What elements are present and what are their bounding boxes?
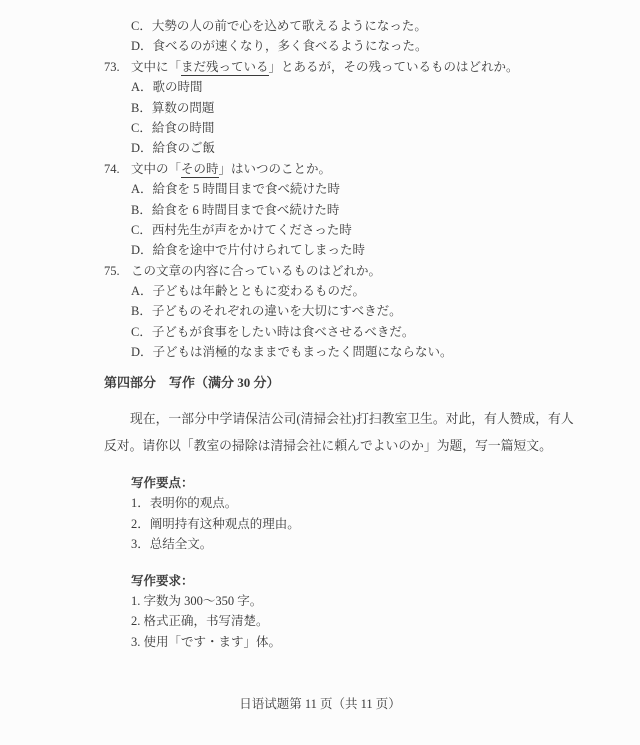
writing-section-heading: 第四部分 写作（满分 30 分） — [104, 373, 602, 393]
stem-text: この文章の内容に合っているものはどれか。 — [131, 264, 381, 278]
question-option: A．子どもは年齢とともに変わるものだ。 — [104, 281, 602, 301]
question-stem: 75.この文章の内容に合っているものはどれか。 — [104, 261, 602, 281]
question-option: A．歌の時間 — [104, 77, 602, 97]
stem-text: 文中に「 — [131, 60, 181, 74]
question-option: B．子どものそれぞれの違いを大切にすべきだ。 — [104, 301, 602, 321]
writing-points-heading: 写作要点： — [131, 473, 602, 493]
question-option: B．算数の問題 — [104, 98, 602, 118]
writing-requirements-list: 1. 字数为 300～350 字。2. 格式正确，书写清楚。3. 使用「です・ま… — [104, 591, 602, 652]
carryover-option-line: D．食べるのが速くなり，多く食べるようになった。 — [104, 36, 602, 56]
question-option: D．子どもは消極的なままでもまったく問題にならない。 — [104, 342, 602, 362]
question-option: D．給食を途中で片付けられてしまった時 — [104, 240, 602, 260]
writing-point-item: 1．表明你的观点。 — [131, 493, 602, 513]
question-number: 74. — [104, 159, 131, 179]
page-footer: 日语试题第 11 页（共 11 页） — [0, 694, 640, 714]
question-block-73: 73.文中に「まだ残っている」とあるが，その残っているものはどれか。A．歌の時間… — [104, 57, 602, 159]
writing-requirements-heading: 写作要求： — [131, 571, 602, 591]
question-number: 75. — [104, 261, 131, 281]
question-stem: 73.文中に「まだ残っている」とあるが，その残っているものはどれか。 — [104, 57, 602, 77]
writing-points-list: 1．表明你的观点。2．阐明持有这种观点的理由。3．总结全文。 — [104, 493, 602, 554]
question-option: A．給食を 5 時間目まで食べ続けた時 — [104, 179, 602, 199]
underlined-phrase: その時 — [181, 162, 219, 178]
question-option: B．給食を 6 時間目まで食べ続けた時 — [104, 200, 602, 220]
writing-task-line-1: 现在，一部分中学请保洁公司(清掃会社)打扫教室卫生。对此，有人赞成，有人 — [104, 406, 602, 433]
stem-text: 」とあるが，その残っているものはどれか。 — [269, 60, 519, 74]
question-stem: 74.文中の「その時」はいつのことか。 — [104, 159, 602, 179]
stem-text: 」はいつのことか。 — [219, 162, 332, 176]
question-option: C．給食の時間 — [104, 118, 602, 138]
question-number: 73. — [104, 57, 131, 77]
carryover-options: C．大勢の人の前で心を込めて歌えるようになった。D．食べるのが速くなり，多く食べ… — [104, 16, 602, 57]
question-option: C．西村先生が声をかけてくださった時 — [104, 220, 602, 240]
question-option: C．子どもが食事をしたい時は食べさせるべきだ。 — [104, 322, 602, 342]
question-block-74: 74.文中の「その時」はいつのことか。A．給食を 5 時間目まで食べ続けた時B．… — [104, 159, 602, 261]
question-block-75: 75.この文章の内容に合っているものはどれか。A．子どもは年齢とともに変わるもの… — [104, 261, 602, 363]
exam-page: C．大勢の人の前で心を込めて歌えるようになった。D．食べるのが速くなり，多く食べ… — [0, 0, 640, 745]
underlined-phrase: まだ残っている — [181, 60, 269, 76]
carryover-option-line: C．大勢の人の前で心を込めて歌えるようになった。 — [104, 16, 602, 36]
writing-task-line-2: 反对。请你以「教室の掃除は清掃会社に頼んでよいのか」为题，写一篇短文。 — [104, 433, 602, 460]
writing-requirement-item: 2. 格式正确，书写清楚。 — [131, 611, 602, 631]
page-content: C．大勢の人の前で心を込めて歌えるようになった。D．食べるのが速くなり，多く食べ… — [0, 0, 640, 652]
writing-point-item: 3．总结全文。 — [131, 534, 602, 554]
question-list: 73.文中に「まだ残っている」とあるが，その残っているものはどれか。A．歌の時間… — [104, 57, 602, 363]
question-option: D．給食のご飯 — [104, 138, 602, 158]
writing-requirement-item: 3. 使用「です・ます」体。 — [131, 632, 602, 652]
stem-text: 文中の「 — [131, 162, 181, 176]
writing-requirement-item: 1. 字数为 300～350 字。 — [131, 591, 602, 611]
writing-point-item: 2．阐明持有这种观点的理由。 — [131, 514, 602, 534]
